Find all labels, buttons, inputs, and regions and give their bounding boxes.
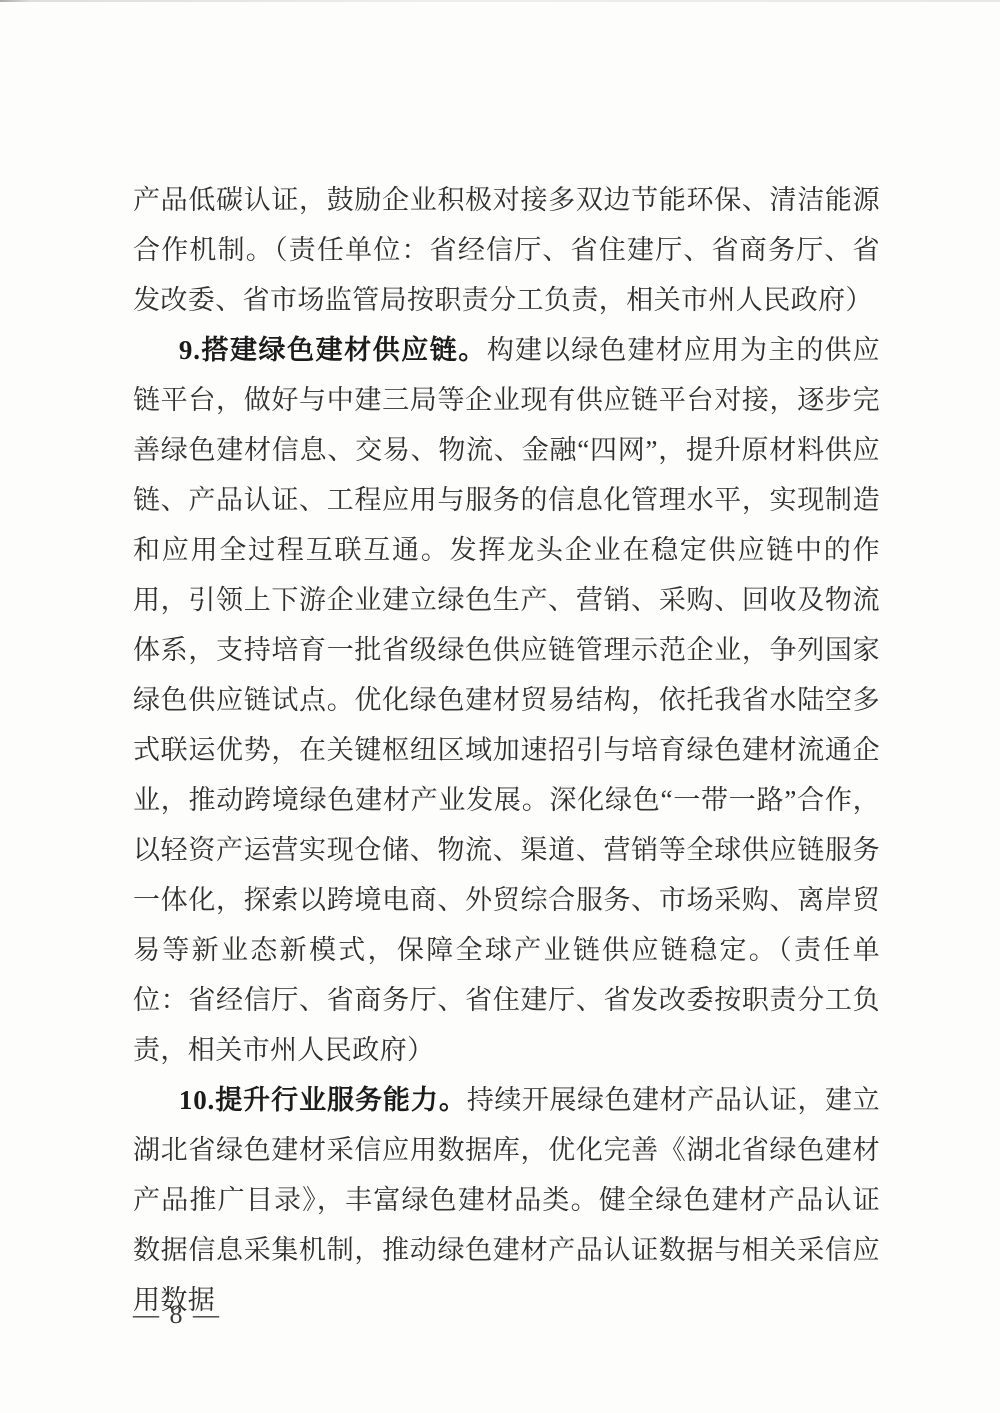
paragraph-text: 构建以绿色建材应用为主的供应链平台，做好与中建三局等企业现有供应链平台对接，逐步… [133, 335, 880, 1065]
paragraph-continuation: 产品低碳认证，鼓励企业积极对接多双边节能环保、清洁能源合作机制。（责任单位：省经… [133, 175, 880, 325]
paragraph-section-9: 9.搭建绿色建材供应链。构建以绿色建材应用为主的供应链平台，做好与中建三局等企业… [133, 325, 880, 1075]
paragraph-section-10: 10.提升行业服务能力。持续开展绿色建材产品认证，建立湖北省绿色建材采信应用数据… [133, 1075, 880, 1325]
section-10-heading: 10.提升行业服务能力。 [179, 1085, 467, 1115]
page-number: — 8 — [133, 1300, 221, 1329]
section-9-heading: 9.搭建绿色建材供应链。 [179, 335, 487, 365]
paragraph-text: 持续开展绿色建材产品认证，建立湖北省绿色建材采信应用数据库，优化完善《湖北省绿色… [133, 1085, 880, 1315]
document-body: 产品低碳认证，鼓励企业积极对接多双边节能环保、清洁能源合作机制。（责任单位：省经… [133, 175, 880, 1325]
scan-artifact-line [0, 0, 1000, 2]
paragraph-text: 产品低碳认证，鼓励企业积极对接多双边节能环保、清洁能源合作机制。（责任单位：省经… [133, 185, 880, 315]
page-footer: — 8 — [133, 1300, 221, 1330]
document-page: 产品低碳认证，鼓励企业积极对接多双边节能环保、清洁能源合作机制。（责任单位：省经… [0, 0, 1000, 1413]
